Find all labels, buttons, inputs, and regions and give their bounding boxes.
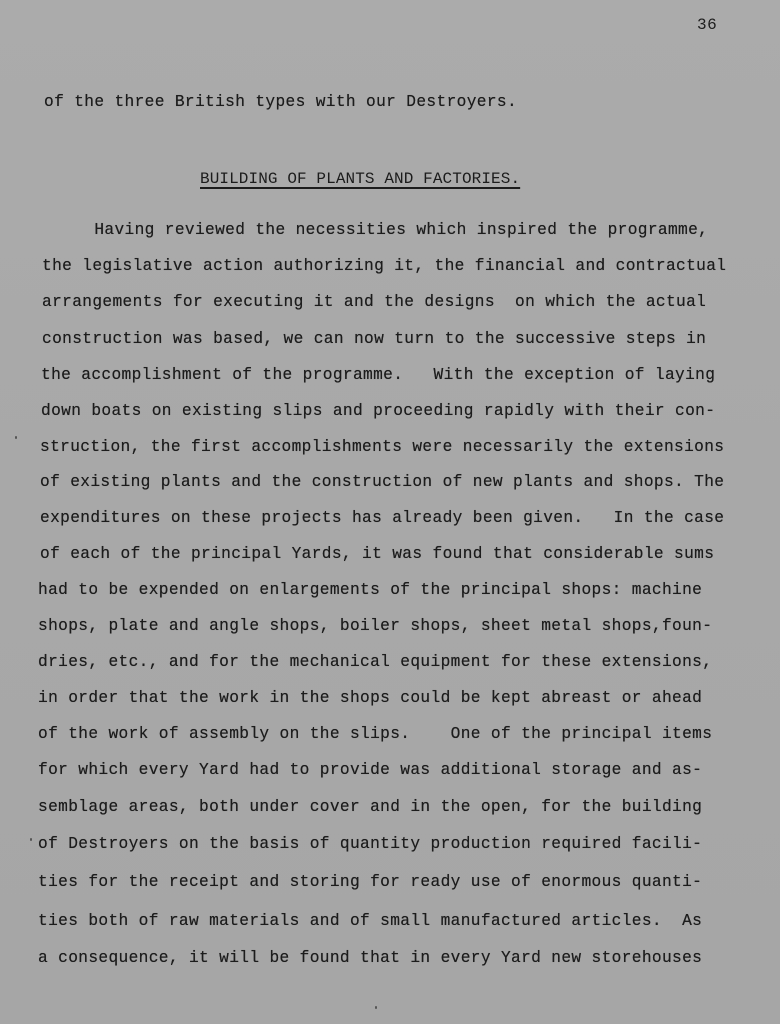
paragraph-line: the accomplishment of the programme. Wit… <box>41 366 715 384</box>
opening-line: of the three British types with our Dest… <box>44 93 517 111</box>
paragraph-line: ties for the receipt and storing for rea… <box>38 873 702 891</box>
paragraph-line: ties both of raw materials and of small … <box>38 912 702 930</box>
paragraph-line: of the work of assembly on the slips. On… <box>38 725 712 743</box>
paragraph-line: struction, the first accomplishments wer… <box>40 438 724 456</box>
section-heading: BUILDING OF PLANTS AND FACTORIES. <box>200 170 520 188</box>
paragraph-line: construction was based, we can now turn … <box>42 330 706 348</box>
paragraph-line: of each of the principal Yards, it was f… <box>40 545 714 563</box>
paragraph-line: shops, plate and angle shops, boiler sho… <box>38 617 712 635</box>
paragraph-line: semblage areas, both under cover and in … <box>38 798 702 816</box>
paragraph-line: of existing plants and the construction … <box>40 473 724 491</box>
document-page: 36 of the three British types with our D… <box>0 0 780 1024</box>
page-number: 36 <box>697 16 717 34</box>
paper-speck <box>375 1006 377 1009</box>
paper-speck <box>30 838 32 841</box>
paragraph-line: for which every Yard had to provide was … <box>38 761 702 779</box>
paragraph-line: the legislative action authorizing it, t… <box>42 257 726 275</box>
paragraph-line: down boats on existing slips and proceed… <box>41 402 715 420</box>
paragraph-line: dries, etc., and for the mechanical equi… <box>38 653 712 671</box>
paragraph-line: of Destroyers on the basis of quantity p… <box>38 835 702 853</box>
paper-speck <box>15 436 17 439</box>
paragraph-line: Having reviewed the necessities which in… <box>44 221 708 239</box>
paragraph-line: a consequence, it will be found that in … <box>38 949 702 967</box>
paragraph-line: had to be expended on enlargements of th… <box>38 581 702 599</box>
paragraph-line: expenditures on these projects has alrea… <box>40 509 724 527</box>
paragraph-line: arrangements for executing it and the de… <box>42 293 706 311</box>
paragraph-line: in order that the work in the shops coul… <box>38 689 702 707</box>
